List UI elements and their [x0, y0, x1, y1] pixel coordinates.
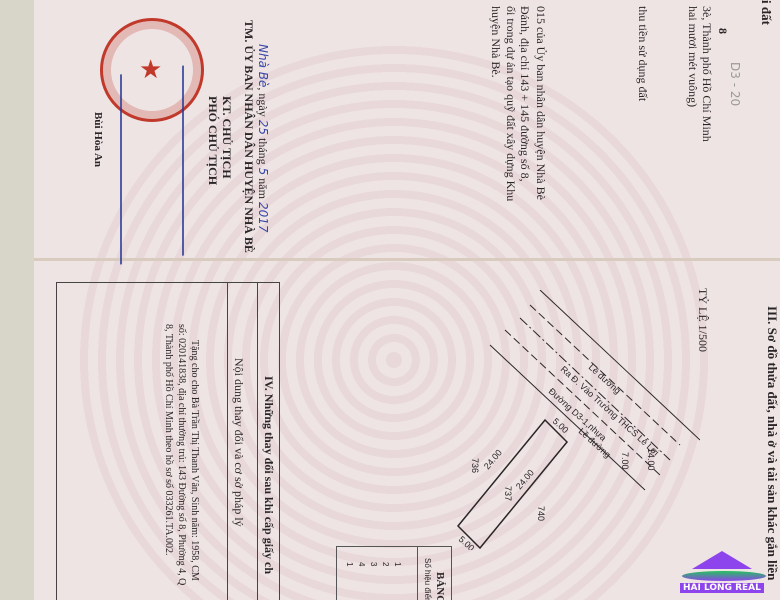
section4-title: IV. Những thay đổi sau khi cấp giấy ch: [261, 376, 276, 574]
lot-number: 8: [715, 28, 730, 34]
change-entry-line-3: 8, Thành phố Hồ Chí Minh theo hồ sơ số 0…: [163, 324, 174, 556]
point-1: 1: [393, 562, 402, 566]
kt-chairman-line: KT. CHỦ TỊCH: [219, 96, 234, 179]
area-in-words: hai mươi mét vuông): [685, 6, 700, 107]
lot-plan-diagram: Lề đường Ra Đ. Vào Trường THCS Lê Lợi Đư…: [380, 290, 700, 550]
signer-name: Bùi Hòa An: [92, 112, 104, 167]
point-4: 4: [357, 562, 366, 566]
origin-line-1: 015 của Ủy ban nhân dân huyện Nhà Bè: [533, 6, 548, 200]
issue-place: Nhà Bè: [256, 44, 270, 87]
label-lot-737: 737: [503, 486, 513, 501]
issue-month: 5: [256, 168, 270, 176]
label-lot-740: 740: [536, 506, 546, 521]
usage-form: thu tiền sử dụng đất: [635, 6, 650, 101]
issue-day: 25: [256, 120, 270, 135]
pencil-note: D3 - 20: [728, 62, 742, 106]
change-entry-line-2: số: 020141838, địa chỉ thường trú: 143 Đ…: [176, 324, 187, 585]
issue-year: 2017: [256, 202, 270, 233]
points-table-header: Số hiệu điểm: [423, 558, 432, 600]
point-3: 3: [369, 562, 378, 566]
origin-line-4: huyện Nhà Bè.: [488, 6, 503, 78]
point-1-close: 1: [345, 562, 354, 566]
point-2: 2: [381, 562, 390, 566]
label-width-top: 5.00: [551, 416, 571, 435]
label-road-dim-14: 14.00: [646, 448, 656, 471]
label-lot-736: 736: [470, 458, 480, 473]
house-icon: [692, 551, 752, 569]
points-table-divider: [417, 547, 418, 600]
change-entry-line-1: Tặng cho cho Bà Trần Thị Thanh Vân, Sinh…: [189, 340, 200, 581]
logo-text: HAI LONG REAL: [680, 583, 764, 593]
label-road-dim-7: 7.00: [620, 452, 630, 470]
section1-heading-tail: i đất: [758, 0, 774, 25]
points-table-title: BẢNG: [434, 572, 446, 600]
date-prefix: ngày: [256, 93, 270, 116]
year-label: năm: [256, 178, 270, 199]
vice-chairman-line: PHÓ CHỦ TỊCH: [205, 96, 220, 185]
month-label: tháng: [256, 138, 270, 165]
section4-column-header: Nội dung thay đổi và cơ sở pháp lý: [231, 358, 246, 527]
issue-date-line: Nhà Bè, ngày 25 tháng 5 năm 2017: [255, 44, 270, 233]
watermark-logo: HAI LONG REAL: [676, 545, 776, 597]
origin-line-3: ối trong dự án tạo quỹ đất xây dựng Khu: [503, 6, 518, 201]
label-length-right: 24.00: [514, 468, 536, 492]
changes-table-content-column: [57, 283, 228, 600]
address-line: 3è, Thành phố Hồ Chí Minh: [699, 6, 714, 142]
section3-title: III. Sơ đồ thửa đất, nhà ở và tài sản kh…: [764, 306, 780, 580]
org-line: TM. ỦY BAN NHÂN DÂN HUYỆN NHÀ BÈ: [241, 20, 256, 253]
label-width-bottom: 5.00: [457, 534, 477, 550]
background-surface: [0, 0, 34, 600]
handwritten-signature: [120, 66, 184, 265]
origin-line-2: Đánh, địa chỉ 143 + 145 đường số 8,: [517, 6, 532, 182]
label-length-left: 24.00: [482, 448, 504, 472]
wave-icon: [682, 571, 766, 581]
